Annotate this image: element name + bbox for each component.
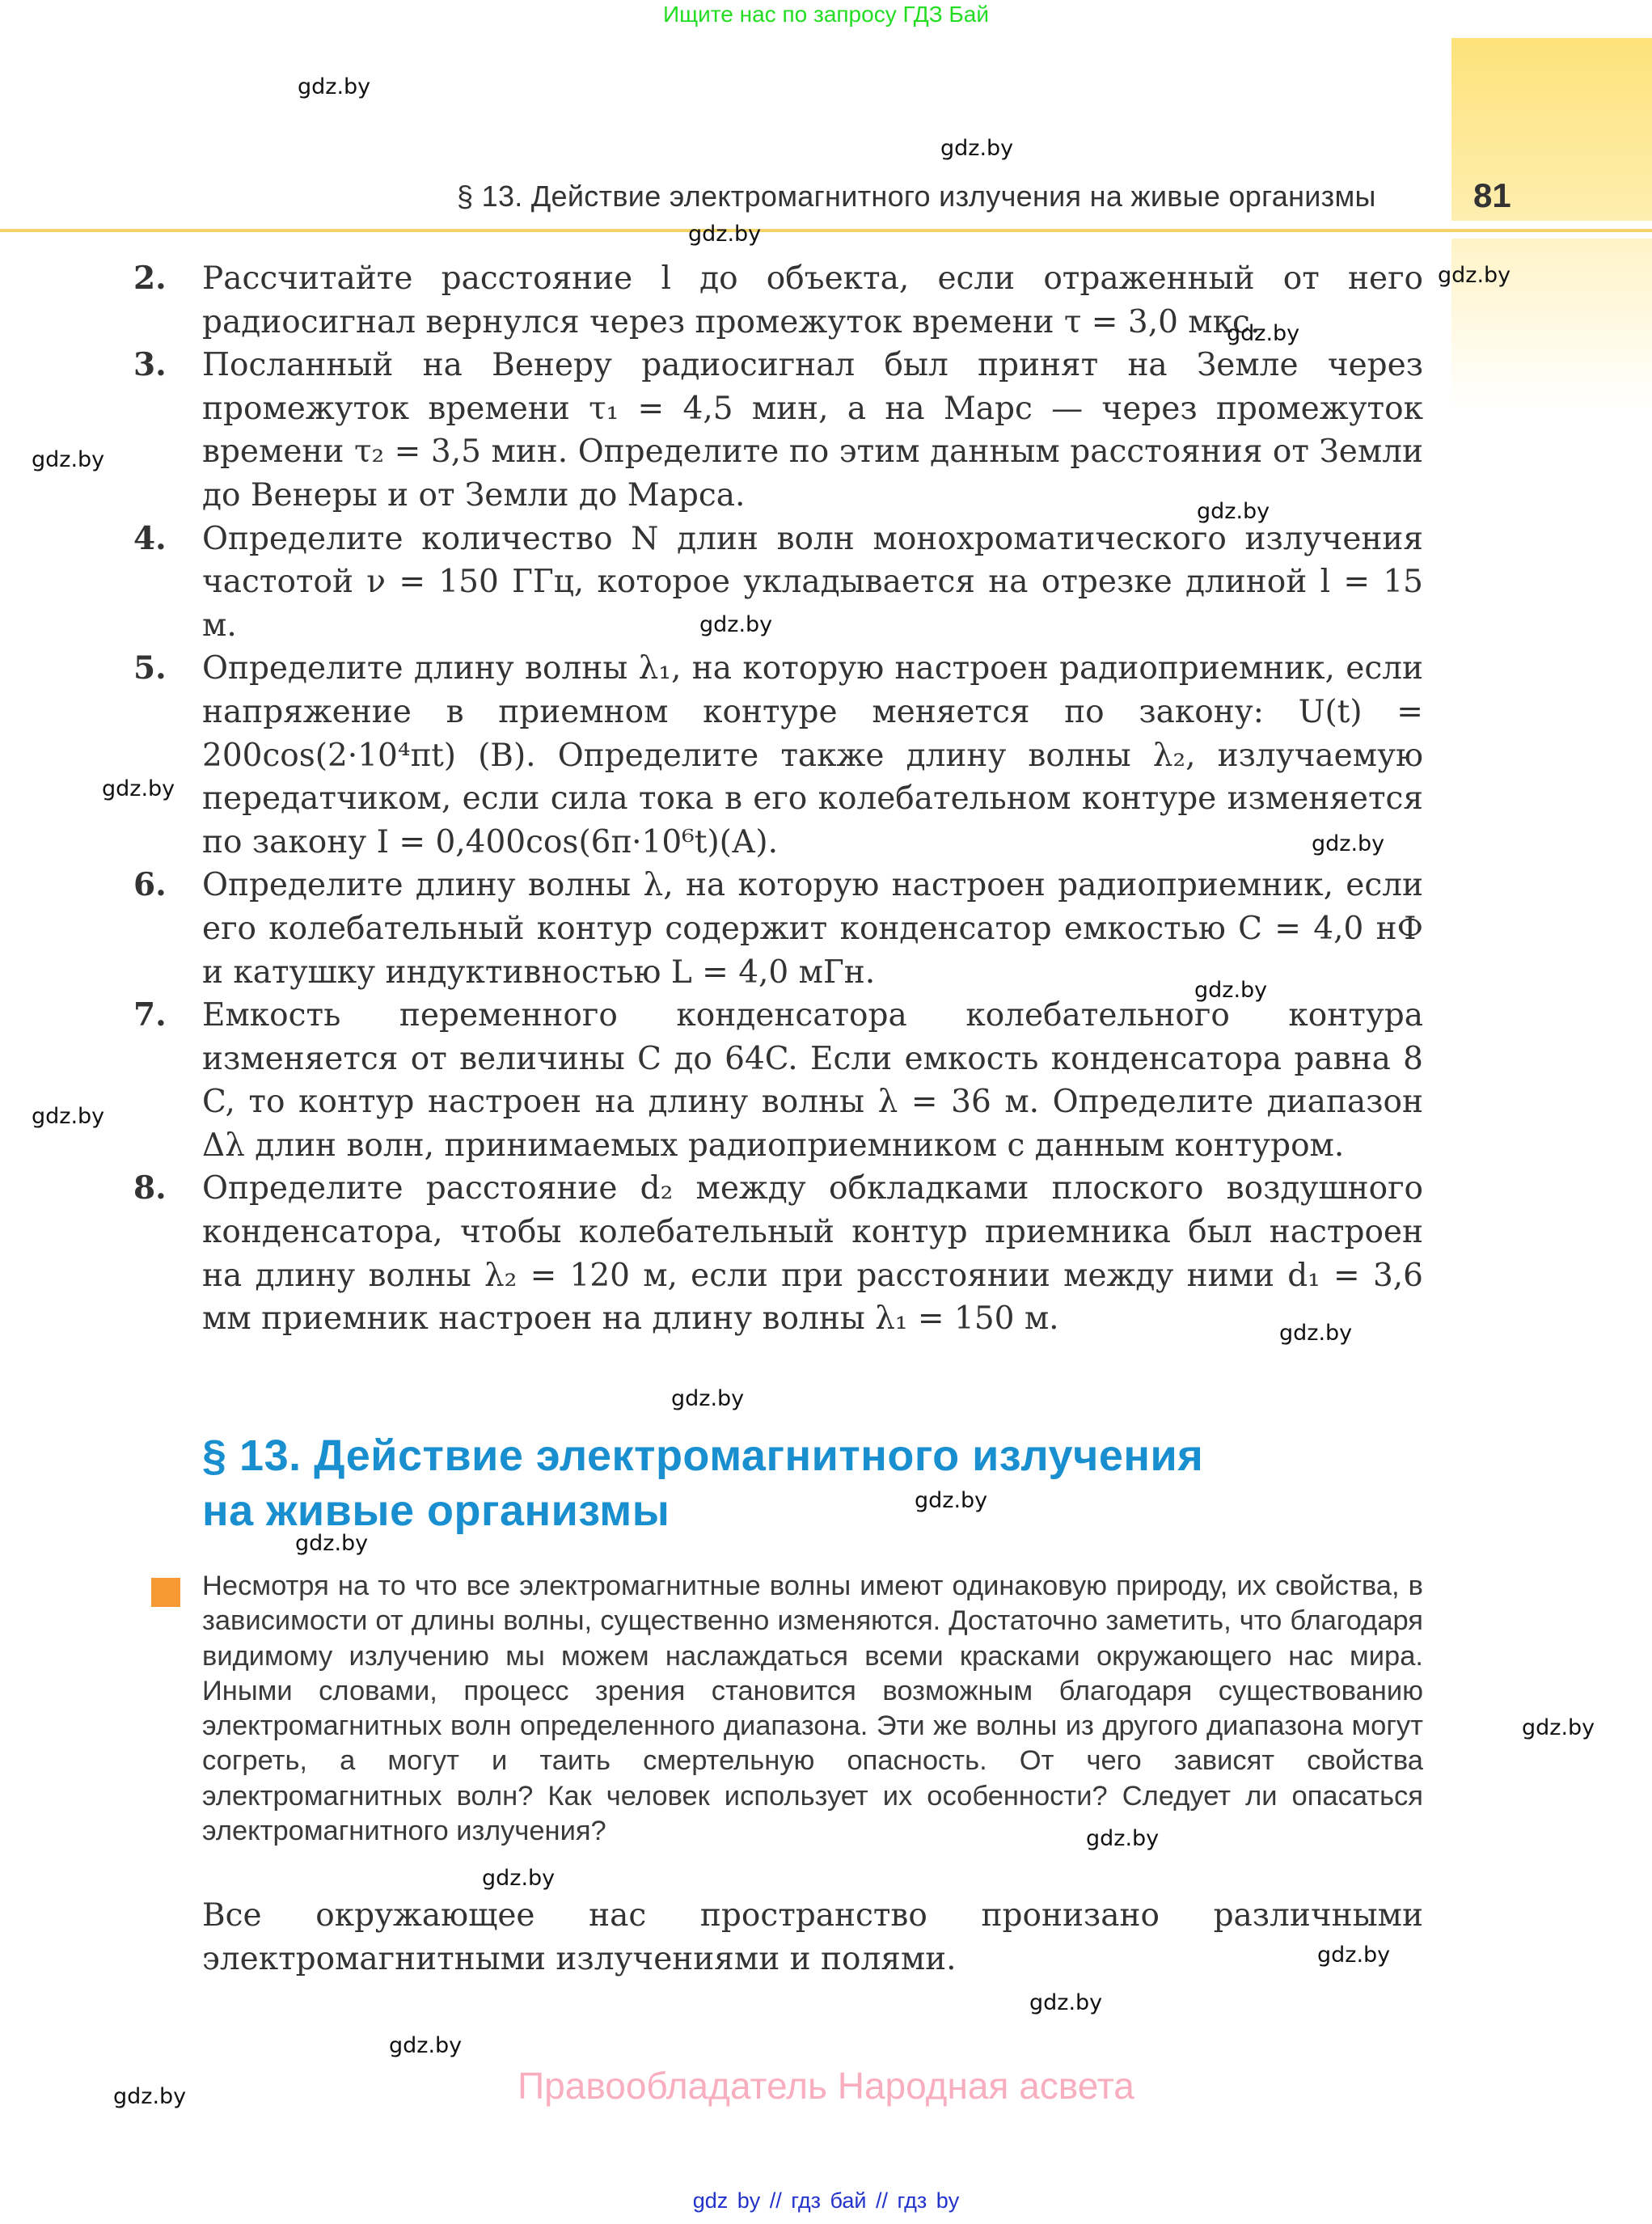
problem-item: 8. Определите расстояние d₂ между обклад…	[133, 1167, 1423, 1340]
problem-item: 5. Определите длину волны λ₁, на которую…	[133, 647, 1423, 864]
watermark: gdz.by	[699, 612, 772, 637]
header-rule	[0, 229, 1652, 232]
square-bullet-icon	[151, 1578, 180, 1607]
page-number: 81	[1473, 176, 1511, 215]
watermark: gdz.by	[1029, 1990, 1102, 2015]
section-heading: § 13. Действие электромагнитного излучен…	[202, 1428, 1203, 1538]
watermark: gdz.by	[688, 222, 761, 247]
watermark: gdz.by	[113, 2084, 186, 2109]
watermark: gdz.by	[1317, 1943, 1390, 1968]
problem-text: Посланный на Венеру радиосигнал был прин…	[202, 344, 1423, 517]
watermark: gdz.by	[1522, 1715, 1595, 1740]
watermark: gdz.by	[1312, 831, 1384, 856]
watermark: gdz.by	[102, 776, 175, 801]
watermark: gdz.by	[298, 74, 370, 99]
watermark: gdz.by	[32, 1104, 104, 1129]
problem-text: Определите длину волны λ, на которую нас…	[202, 864, 1423, 994]
body-paragraph-text: Все окружающее нас пространство пронизан…	[202, 1894, 1423, 1981]
watermark: gdz.by	[915, 1488, 987, 1513]
body-paragraph: Все окружающее нас пространство пронизан…	[202, 1894, 1423, 1981]
problem-number: 5.	[133, 647, 202, 864]
section-intro: Несмотря на то что все электромагнитные …	[202, 1569, 1423, 1849]
footer-links[interactable]: gdz by // гдз бай // гдз by	[0, 2188, 1652, 2213]
copyright-notice: Правообладатель Народная асвета	[0, 2064, 1652, 2108]
problem-number: 4.	[133, 518, 202, 648]
problem-list: 2. Рассчитайте расстояние l до объекта, …	[133, 257, 1423, 1341]
problem-item: 7. Емкость переменного конденсатора коле…	[133, 994, 1423, 1167]
watermark: gdz.by	[940, 136, 1013, 161]
problem-item: 3. Посланный на Венеру радиосигнал был п…	[133, 344, 1423, 517]
problem-number: 3.	[133, 344, 202, 517]
problem-text: Определите количество N длин волн монохр…	[202, 518, 1423, 648]
watermark: gdz.by	[671, 1386, 744, 1411]
running-title: § 13. Действие электромагнитного излучен…	[457, 180, 1376, 214]
problem-item: 4. Определите количество N длин волн мон…	[133, 518, 1423, 648]
problem-text: Определите расстояние d₂ между обкладкам…	[202, 1167, 1423, 1340]
problem-number: 2.	[133, 257, 202, 344]
search-banner: Ищите нас по запросу ГДЗ Бай	[0, 2, 1652, 27]
watermark: gdz.by	[482, 1866, 555, 1891]
problem-text: Емкость переменного конденсатора колебат…	[202, 994, 1423, 1167]
watermark: gdz.by	[389, 2033, 462, 2058]
problem-number: 6.	[133, 864, 202, 994]
watermark: gdz.by	[32, 447, 104, 472]
watermark: gdz.by	[1086, 1826, 1159, 1851]
problem-item: 6. Определите длину волны λ, на которую …	[133, 864, 1423, 994]
watermark: gdz.by	[1227, 321, 1299, 346]
problem-number: 8.	[133, 1167, 202, 1340]
section-heading-line2: на живые организмы	[202, 1483, 1203, 1538]
watermark: gdz.by	[1194, 978, 1267, 1003]
watermark: gdz.by	[1279, 1321, 1352, 1346]
watermark: gdz.by	[1438, 263, 1510, 288]
section-heading-line1: § 13. Действие электромагнитного излучен…	[202, 1428, 1203, 1483]
watermark: gdz.by	[1197, 499, 1270, 524]
watermark: gdz.by	[295, 1531, 368, 1556]
problem-text: Определите длину волны λ₁, на которую на…	[202, 647, 1423, 864]
problem-number: 7.	[133, 994, 202, 1167]
